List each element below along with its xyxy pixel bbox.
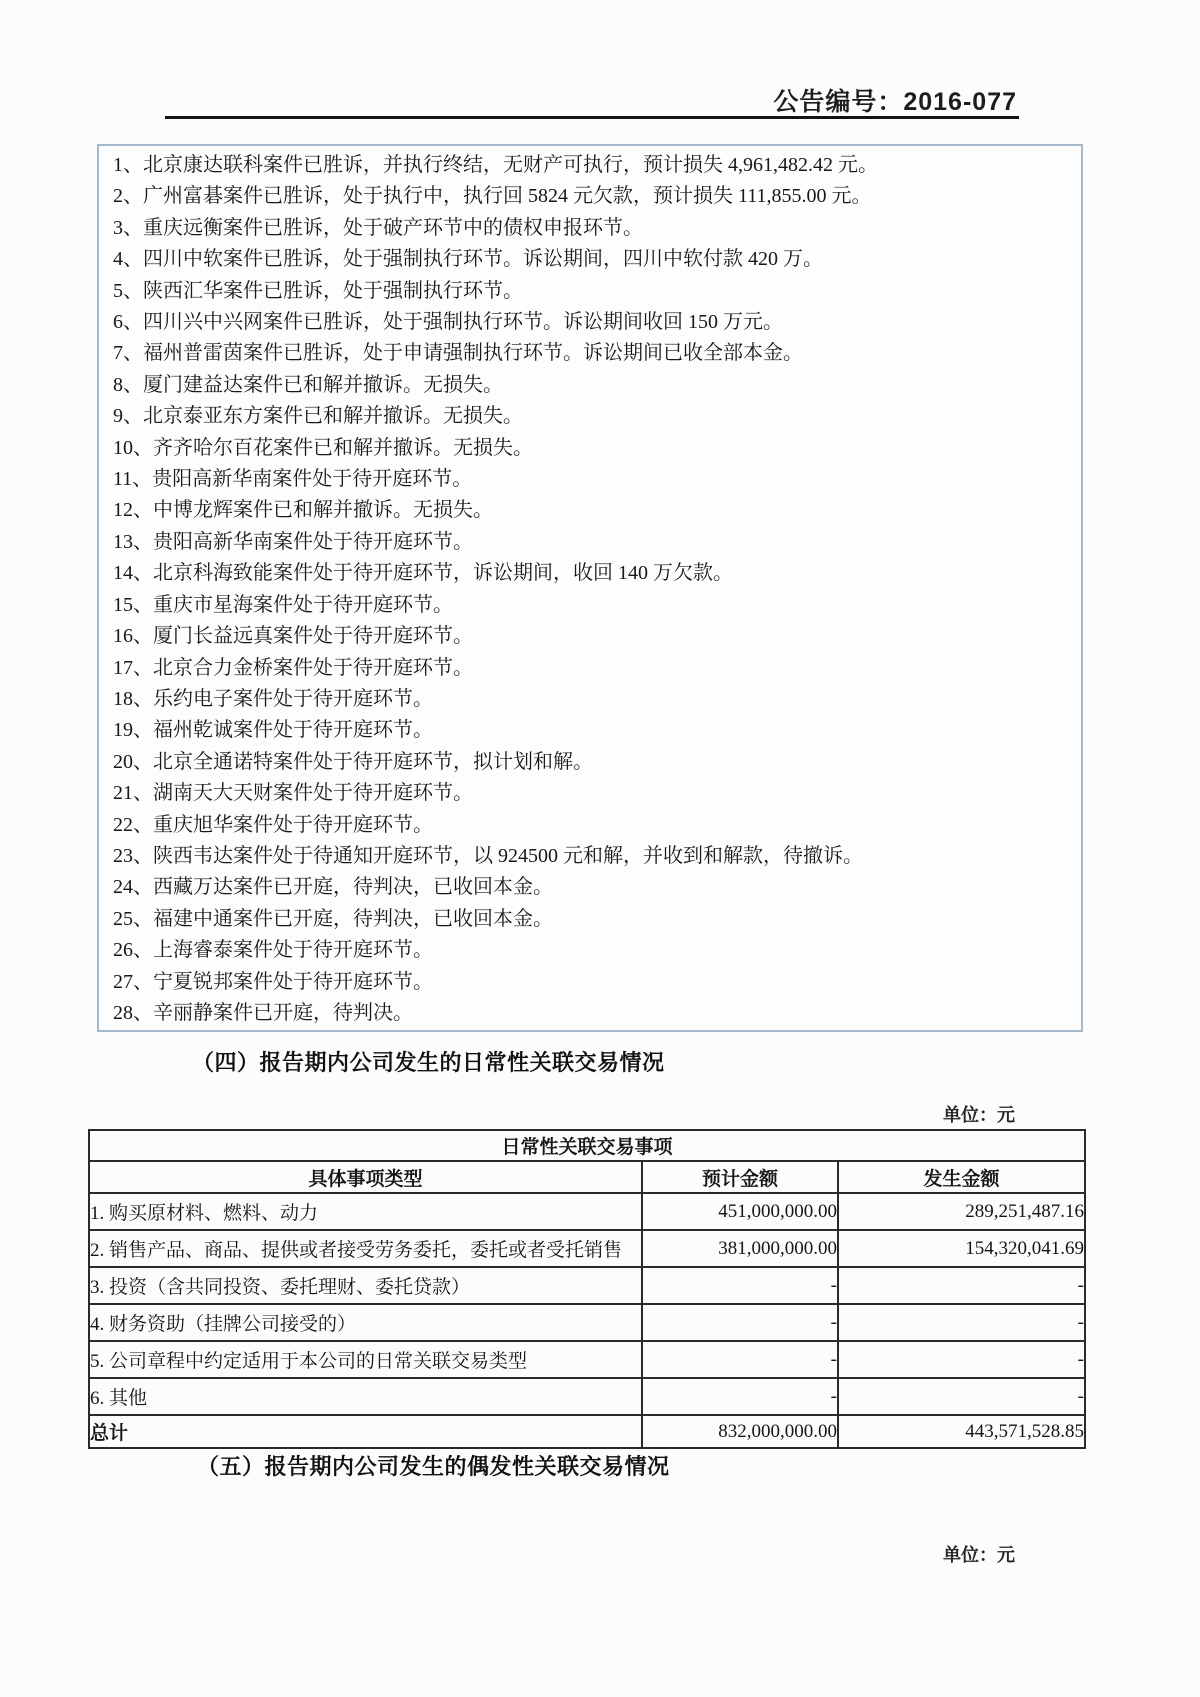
row-expected-cell: - (642, 1267, 838, 1304)
case-item-25: 25、福建中通案件已开庭，待判决，已收回本金。 (113, 904, 1067, 935)
table-title: 日常性关联交易事项 (89, 1130, 1085, 1161)
case-item-22: 22、重庆旭华案件处于待开庭环节。 (113, 810, 1067, 841)
case-item-3: 3、重庆远衡案件已胜诉，处于破产环节中的债权申报环节。 (113, 213, 1067, 244)
case-item-24: 24、西藏万达案件已开庭，待判决，已收回本金。 (113, 872, 1067, 903)
case-item-2: 2、广州富碁案件已胜诉，处于执行中，执行回 5824 元欠款，预计损失 111,… (113, 181, 1067, 212)
table-row: 1. 购买原材料、燃料、动力 451,000,000.00 289,251,48… (89, 1193, 1085, 1230)
row-actual-cell: 289,251,487.16 (838, 1193, 1085, 1230)
row-actual-cell: - (838, 1378, 1085, 1415)
case-item-15: 15、重庆市星海案件处于待开庭环节。 (113, 590, 1067, 621)
case-item-21: 21、湖南天大天财案件处于待开庭环节。 (113, 778, 1067, 809)
row-expected-cell: 451,000,000.00 (642, 1193, 838, 1230)
case-item-7: 7、福州普雷茵案件已胜诉，处于申请强制执行环节。诉讼期间已收全部本金。 (113, 338, 1067, 369)
row-actual-cell: - (838, 1341, 1085, 1378)
announcement-number: 公告编号：2016-077 (773, 82, 1017, 118)
case-item-16: 16、厦门长益远真案件处于待开庭环节。 (113, 621, 1067, 652)
total-actual-cell: 443,571,528.85 (838, 1415, 1085, 1448)
column-header-type: 具体事项类型 (89, 1161, 642, 1193)
unit-label-incidental-transactions: 单位：元 (943, 1541, 1015, 1567)
litigation-case-list-box: 1、北京康达联科案件已胜诉，并执行终结，无财产可执行，预计损失 4,961,48… (97, 144, 1083, 1032)
table-title-row: 日常性关联交易事项 (89, 1130, 1085, 1161)
row-type-cell: 3. 投资（含共同投资、委托理财、委托贷款） (89, 1267, 642, 1304)
daily-related-transactions-table: 日常性关联交易事项 具体事项类型 预计金额 发生金额 1. 购买原材料、燃料、动… (88, 1129, 1086, 1449)
section-5-heading: （五）报告期内公司发生的偶发性关联交易情况 (197, 1450, 670, 1481)
row-actual-cell: 154,320,041.69 (838, 1230, 1085, 1267)
column-header-expected: 预计金额 (642, 1161, 838, 1193)
case-item-28: 28、辛丽静案件已开庭，待判决。 (113, 998, 1067, 1029)
row-actual-cell: - (838, 1304, 1085, 1341)
row-actual-cell: - (838, 1267, 1085, 1304)
document-page: 公告编号：2016-077 1、北京康达联科案件已胜诉，并执行终结，无财产可执行… (0, 0, 1200, 1697)
case-item-27: 27、宁夏锐邦案件处于待开庭环节。 (113, 967, 1067, 998)
total-label-cell: 总计 (89, 1415, 642, 1448)
row-type-cell: 1. 购买原材料、燃料、动力 (89, 1193, 642, 1230)
case-item-1: 1、北京康达联科案件已胜诉，并执行终结，无财产可执行，预计损失 4,961,48… (113, 150, 1067, 181)
row-type-cell: 5. 公司章程中约定适用于本公司的日常关联交易类型 (89, 1341, 642, 1378)
table-row: 2. 销售产品、商品、提供或者接受劳务委托，委托或者受托销售 381,000,0… (89, 1230, 1085, 1267)
row-type-cell: 6. 其他 (89, 1378, 642, 1415)
total-expected-cell: 832,000,000.00 (642, 1415, 838, 1448)
column-header-actual: 发生金额 (838, 1161, 1085, 1193)
row-expected-cell: - (642, 1341, 838, 1378)
case-item-11: 11、贵阳高新华南案件处于待开庭环节。 (113, 464, 1067, 495)
table-row: 6. 其他 - - (89, 1378, 1085, 1415)
case-item-9: 9、北京泰亚东方案件已和解并撤诉。无损失。 (113, 401, 1067, 432)
table-row: 3. 投资（含共同投资、委托理财、委托贷款） - - (89, 1267, 1085, 1304)
case-item-8: 8、厦门建益达案件已和解并撤诉。无损失。 (113, 370, 1067, 401)
row-expected-cell: - (642, 1304, 838, 1341)
case-item-14: 14、北京科海致能案件处于待开庭环节，诉讼期间，收回 140 万欠款。 (113, 558, 1067, 589)
case-item-6: 6、四川兴中兴网案件已胜诉，处于强制执行环节。诉讼期间收回 150 万元。 (113, 307, 1067, 338)
case-item-17: 17、北京合力金桥案件处于待开庭环节。 (113, 653, 1067, 684)
case-item-20: 20、北京全通诺特案件处于待开庭环节，拟计划和解。 (113, 747, 1067, 778)
header-divider-rule (165, 116, 1019, 119)
case-item-5: 5、陕西汇华案件已胜诉，处于强制执行环节。 (113, 276, 1067, 307)
case-item-23: 23、陕西韦达案件处于待通知开庭环节，以 924500 元和解，并收到和解款，待… (113, 841, 1067, 872)
row-expected-cell: 381,000,000.00 (642, 1230, 838, 1267)
case-item-19: 19、福州乾诚案件处于待开庭环节。 (113, 715, 1067, 746)
table-row: 5. 公司章程中约定适用于本公司的日常关联交易类型 - - (89, 1341, 1085, 1378)
case-item-10: 10、齐齐哈尔百花案件已和解并撤诉。无损失。 (113, 433, 1067, 464)
table-header-row: 具体事项类型 预计金额 发生金额 (89, 1161, 1085, 1193)
case-item-4: 4、四川中软案件已胜诉，处于强制执行环节。诉讼期间，四川中软付款 420 万。 (113, 244, 1067, 275)
unit-label-daily-transactions: 单位：元 (943, 1101, 1015, 1127)
row-type-cell: 2. 销售产品、商品、提供或者接受劳务委托，委托或者受托销售 (89, 1230, 642, 1267)
case-item-26: 26、上海睿泰案件处于待开庭环节。 (113, 935, 1067, 966)
case-item-18: 18、乐约电子案件处于待开庭环节。 (113, 684, 1067, 715)
table-row: 4. 财务资助（挂牌公司接受的） - - (89, 1304, 1085, 1341)
row-expected-cell: - (642, 1378, 838, 1415)
case-item-13: 13、贵阳高新华南案件处于待开庭环节。 (113, 527, 1067, 558)
case-item-12: 12、中博龙辉案件已和解并撤诉。无损失。 (113, 495, 1067, 526)
row-type-cell: 4. 财务资助（挂牌公司接受的） (89, 1304, 642, 1341)
table-total-row: 总计 832,000,000.00 443,571,528.85 (89, 1415, 1085, 1448)
section-4-heading: （四）报告期内公司发生的日常性关联交易情况 (192, 1046, 665, 1077)
